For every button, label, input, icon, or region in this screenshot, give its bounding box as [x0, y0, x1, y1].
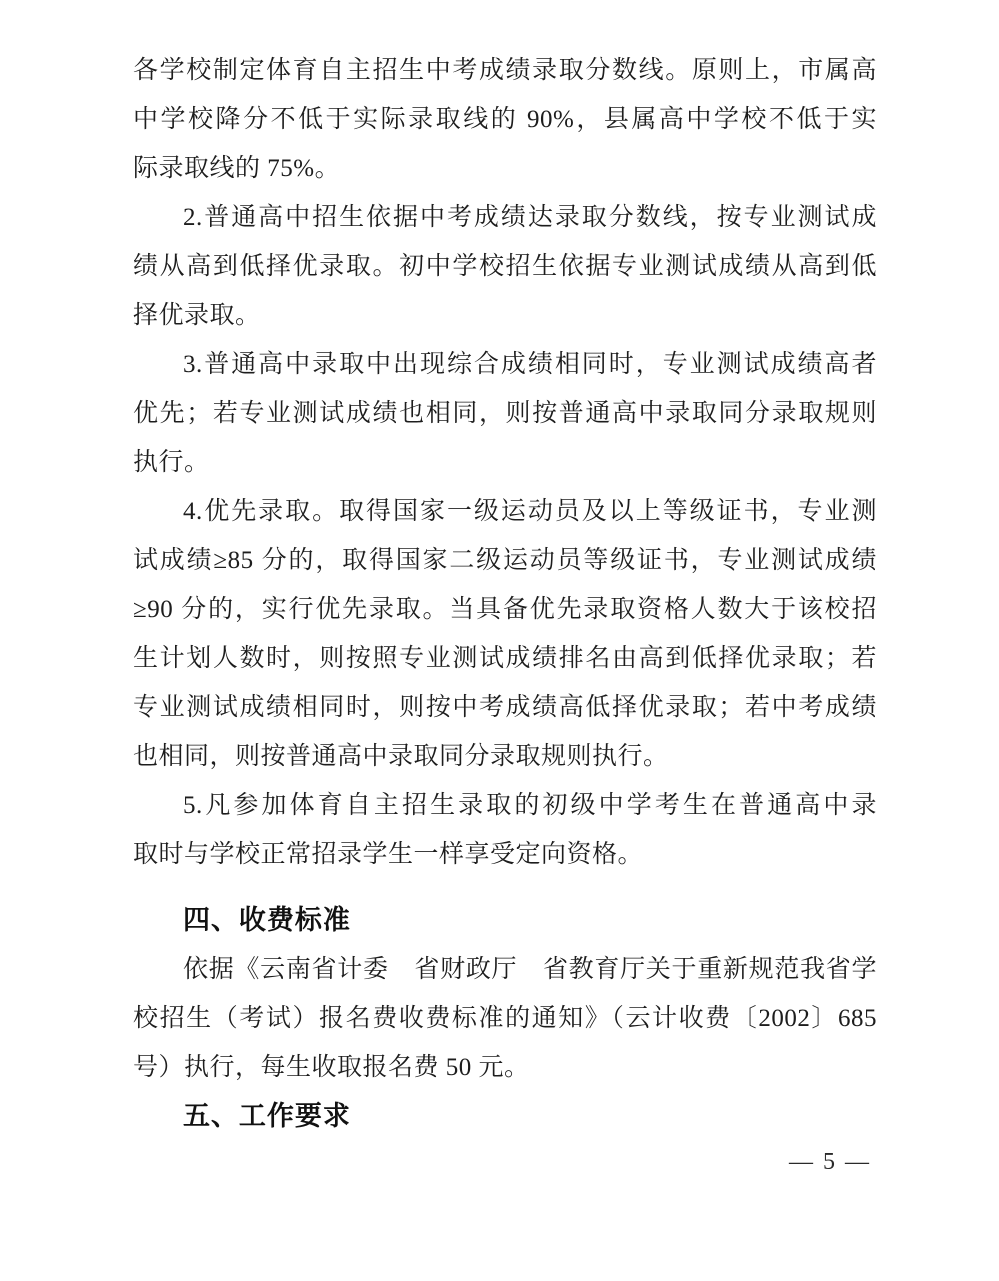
text-line: 各学校制定体育自主招生中考成绩录取分数线。原则上，市属高 [133, 46, 877, 95]
text-line: 执行。 [133, 438, 877, 487]
text-line: 依据《云南省计委 省财政厅 省教育厅关于重新规范我省学 [133, 945, 877, 994]
text-line: 3.普通高中录取中出现综合成绩相同时，专业测试成绩高者 [133, 340, 877, 389]
text-line: 4.优先录取。取得国家一级运动员及以上等级证书，专业测 [133, 487, 877, 536]
text-line: 也相同，则按普通高中录取同分录取规则执行。 [133, 732, 877, 781]
text-line: 专业测试成绩相同时，则按中考成绩高低择优录取；若中考成绩 [133, 683, 877, 732]
text-line: 2.普通高中招生依据中考成绩达录取分数线，按专业测试成 [133, 193, 877, 242]
text-line: 中学校降分不低于实际录取线的 90%，县属高中学校不低于实 [133, 95, 877, 144]
section-heading-fee-standard: 四、收费标准 [133, 896, 877, 945]
text-line: 试成绩≥85 分的，取得国家二级运动员等级证书，专业测试成绩 [133, 536, 877, 585]
document-body: 各学校制定体育自主招生中考成绩录取分数线。原则上，市属高 中学校降分不低于实际录… [133, 46, 877, 1141]
text-line: 5.凡参加体育自主招生录取的初级中学考生在普通高中录 [133, 781, 877, 830]
text-line: 生计划人数时，则按照专业测试成绩排名由高到低择优录取；若 [133, 634, 877, 683]
text-line: 号）执行，每生收取报名费 50 元。 [133, 1043, 877, 1092]
text-line: 校招生（考试）报名费收费标准的通知》（云计收费〔2002〕685 [133, 994, 877, 1043]
page-number: — 5 — [789, 1148, 871, 1176]
text-line: 际录取线的 75%。 [133, 144, 877, 193]
text-line: ≥90 分的，实行优先录取。当具备优先录取资格人数大于该校招 [133, 585, 877, 634]
text-line: 优先；若专业测试成绩也相同，则按普通高中录取同分录取规则 [133, 389, 877, 438]
document-page: 各学校制定体育自主招生中考成绩录取分数线。原则上，市属高 中学校降分不低于实际录… [0, 0, 999, 1281]
text-line: 取时与学校正常招录学生一样享受定向资格。 [133, 830, 877, 879]
section-heading-work-requirements: 五、工作要求 [133, 1092, 877, 1141]
text-line: 绩从高到低择优录取。初中学校招生依据专业测试成绩从高到低 [133, 242, 877, 291]
text-line: 择优录取。 [133, 291, 877, 340]
